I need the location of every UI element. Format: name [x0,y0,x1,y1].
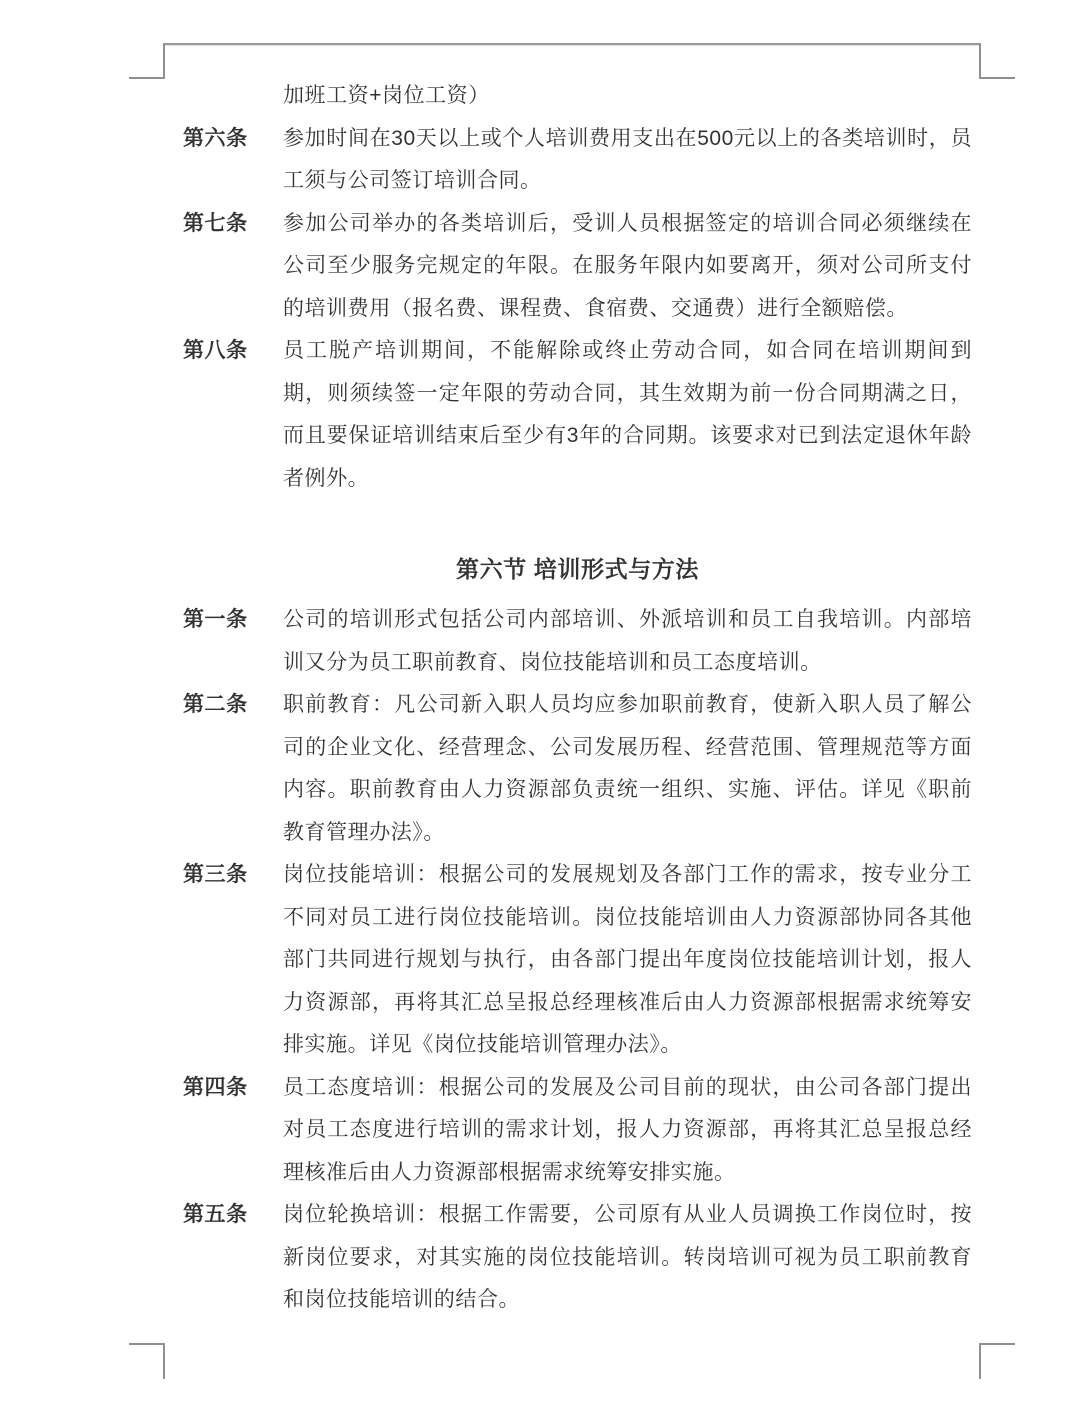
article-row: 第五条 岗位轮换培训：根据工作需要，公司原有从业人员调换工作岗位时，按新岗位要求… [183,1194,972,1322]
document-content: 加班工资+岗位工资） 第六条 参加时间在30天以上或个人培训费用支出在500元以… [183,75,972,1322]
crop-mark-bottom-right [979,1343,1015,1379]
articles-section-group: 第一条 公司的培训形式包括公司内部培训、外派培训和员工自我培训。内部培训又分为员… [183,599,972,1322]
article-text: 职前教育：凡公司新入职人员均应参加职前教育，使新入职人员了解公司的企业文化、经营… [283,684,972,854]
article-row: 第四条 员工态度培训：根据公司的发展及公司目前的现状，由公司各部门提出对员工态度… [183,1067,972,1195]
article-number: 第七条 [183,203,283,246]
article-number: 第二条 [183,684,283,727]
page-top-boundary-line [163,43,979,45]
article-row: 第七条 参加公司举办的各类培训后，受训人员根据签定的培训合同必须继续在公司至少服… [183,203,972,331]
articles-top-group: 第六条 参加时间在30天以上或个人培训费用支出在500元以上的各类培训时，员工须… [183,118,972,501]
article-row: 第六条 参加时间在30天以上或个人培训费用支出在500元以上的各类培训时，员工须… [183,118,972,203]
article-text: 参加公司举办的各类培训后，受训人员根据签定的培训合同必须继续在公司至少服务完规定… [283,203,972,331]
section-heading: 第六节 培训形式与方法 [183,547,972,591]
article-text: 员工态度培训：根据公司的发展及公司目前的现状，由公司各部门提出对员工态度进行培训… [283,1067,972,1195]
article-number: 第六条 [183,118,283,161]
article-row: 第三条 岗位技能培训：根据公司的发展规划及各部门工作的需求，按专业分工不同对员工… [183,854,972,1067]
crop-mark-top-right [979,43,1015,79]
article-text: 公司的培训形式包括公司内部培训、外派培训和员工自我培训。内部培训又分为员工职前教… [283,599,972,684]
article-number: 第五条 [183,1194,283,1237]
crop-mark-top-left [129,43,165,79]
article-text: 员工脱产培训期间，不能解除或终止劳动合同，如合同在培训期间到期，则须续签一定年限… [283,330,972,500]
article-row: 第八条 员工脱产培训期间，不能解除或终止劳动合同，如合同在培训期间到期，则须续签… [183,330,972,500]
article-number: 第四条 [183,1067,283,1110]
article-number: 第八条 [183,330,283,373]
article-row: 第二条 职前教育：凡公司新入职人员均应参加职前教育，使新入职人员了解公司的企业文… [183,684,972,854]
article-number: 第一条 [183,599,283,642]
continuation-paragraph: 加班工资+岗位工资） [283,75,972,118]
article-text: 岗位技能培训：根据公司的发展规划及各部门工作的需求，按专业分工不同对员工进行岗位… [283,854,972,1067]
crop-mark-bottom-left [129,1343,165,1379]
article-text: 参加时间在30天以上或个人培训费用支出在500元以上的各类培训时，员工须与公司签… [283,118,972,203]
article-text: 岗位轮换培训：根据工作需要，公司原有从业人员调换工作岗位时，按新岗位要求，对其实… [283,1194,972,1322]
document-page: 加班工资+岗位工资） 第六条 参加时间在30天以上或个人培训费用支出在500元以… [0,0,1080,1420]
article-row: 第一条 公司的培训形式包括公司内部培训、外派培训和员工自我培训。内部培训又分为员… [183,599,972,684]
article-number: 第三条 [183,854,283,897]
